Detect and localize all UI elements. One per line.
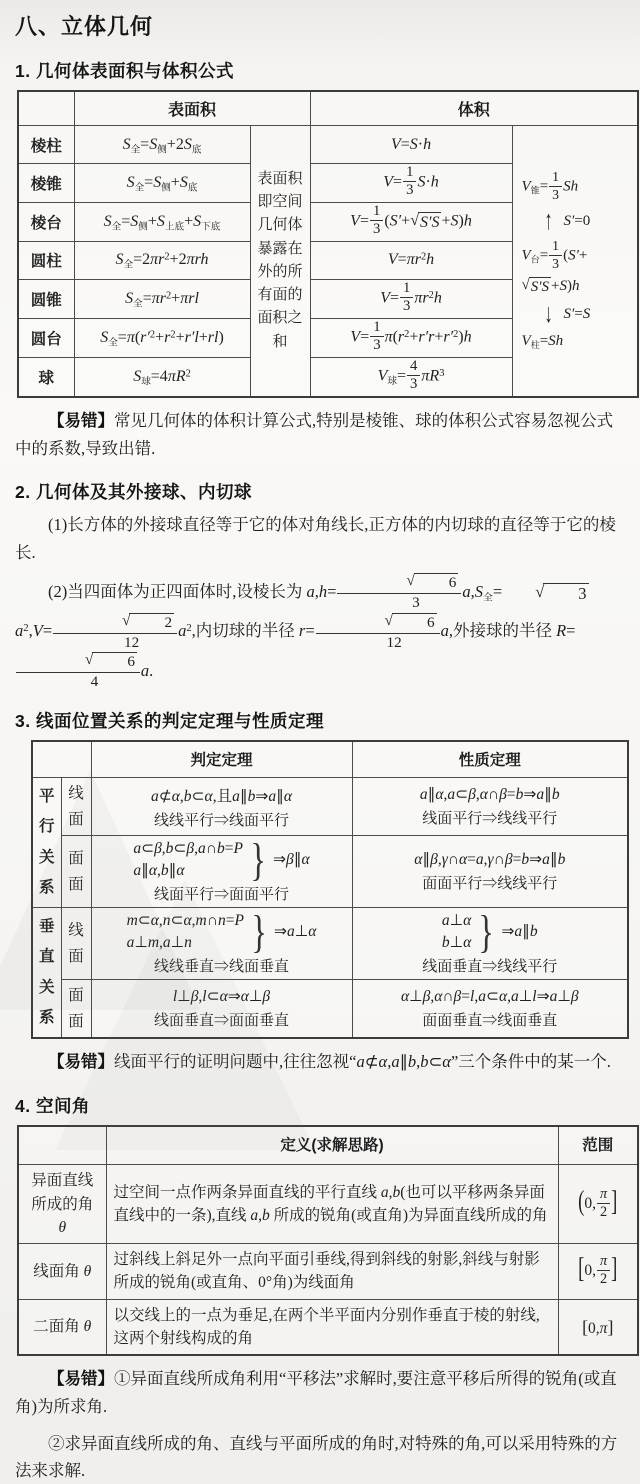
line-plane-theorem-table: 判定定理 性质定理 平行关系 线面 a⊄α,b⊂α,且a∥b⇒a∥α 线线平行⇒…: [31, 740, 629, 1039]
table-row: 棱柱 S全=S侧+2S底 表面积即空间几何体暴露在外的所有面的面积之和 V=S·…: [18, 126, 638, 164]
error-note-2: 【易错】线面平行的证明问题中,往往忽视“a⊄α,a∥b,b⊂α”三个条件中的某一…: [15, 1048, 625, 1076]
paragraph-spheres-1: (1)长方体的外接球直径等于它的体对角线长,正方体的内切球的直径等于它的棱长.: [15, 511, 625, 567]
judgment-cell: l⊥β,l⊂α⇒α⊥β 线面垂直⇒面面垂直: [91, 980, 352, 1039]
table-row: 垂直关系 线面 m⊂α,n⊂α,m∩n=P a⊥m,a⊥n } ⇒a⊥α 线线垂…: [32, 908, 628, 980]
property-header: 性质定理: [352, 741, 628, 778]
solid-name: 棱锥: [18, 164, 74, 203]
surface-formula: S全=πr2+πrl: [74, 279, 250, 318]
theorem-caption: 线线平行⇒线面平行: [94, 809, 350, 830]
volume-formula: V=13S·h: [310, 164, 512, 203]
space-angle-table: 定义(求解思路) 范围 异面直线 所成的角 θ 过空间一点作两条异面直线的平行直…: [17, 1125, 639, 1356]
table-header-row: 表面积 体积: [18, 91, 638, 126]
solid-name: 圆柱: [18, 241, 74, 279]
cone-volume: V锥=13Sh: [522, 171, 636, 203]
brace-group: a⊥α b⊥α } ⇒a∥b: [355, 911, 626, 952]
close-bracket: ]: [611, 1180, 617, 1223]
angle-range: (0,π2]: [558, 1165, 638, 1244]
property-cell: a⊥α b⊥α } ⇒a∥b 线面垂直⇒线线平行: [352, 908, 628, 980]
theorem-formula: a⊥m,a⊥n: [127, 933, 192, 952]
up-condition: S′=0: [564, 213, 591, 230]
frustum-volume-line1: V台=13(S′+: [522, 240, 636, 272]
solid-name: 棱台: [18, 202, 74, 241]
property-cell: α⊥β,α∩β=l,a⊂α,a⊥l⇒a⊥β 面面垂直⇒线面垂直: [352, 980, 628, 1039]
conclusion: ⇒a∥b: [501, 922, 537, 941]
theorem-formula: a⊂β,b⊂β,a∩b=P: [133, 839, 243, 858]
section-1-heading: 1. 几何体表面积与体积公式: [0, 58, 640, 83]
angle-definition: 过斜线上斜足外一点向平面引垂线,得到斜线的射影,斜线与射影所成的锐角(或直角、0…: [106, 1244, 558, 1300]
section-4-heading: 4. 空间角: [0, 1093, 640, 1118]
open-bracket: (: [578, 1180, 584, 1223]
judgment-cell: a⊄α,b⊂α,且a∥b⇒a∥α 线线平行⇒线面平行: [91, 777, 352, 835]
table-row: 面面 a⊂β,b⊂β,a∩b=P a∥α,b∥α } ⇒β∥α 线面平行⇒面面平…: [32, 836, 628, 908]
group-parallel-label: 平行关系: [32, 777, 61, 907]
error-prone-label: 【易错】: [48, 412, 114, 430]
sub-label: 线面: [61, 777, 91, 835]
volume-formula: V=πr2h: [310, 241, 512, 279]
surface-note-cell: 表面积即空间几何体暴露在外的所有面的面积之和: [250, 126, 310, 397]
surface-formula: S球=4πR2: [74, 357, 250, 396]
surface-formula: S全=S侧+S底: [74, 164, 250, 203]
sub-label: 线面: [61, 908, 91, 980]
theorem-caption: 面面垂直⇒线面垂直: [355, 1009, 626, 1030]
corner-cell: [18, 1126, 106, 1165]
theorem-formula: a∥α,b∥α: [133, 861, 184, 880]
solid-name: 棱柱: [18, 126, 74, 164]
table-row: 线面角 θ 过斜线上斜足外一点向平面引垂线,得到斜线的射影,斜线与射影所成的锐角…: [18, 1244, 638, 1300]
note-text: 线面平行的证明问题中,往往忽视“a⊄α,a∥b,b⊂α”三个条件中的某一个.: [114, 1052, 611, 1071]
limit-down: ↓S′=S: [545, 301, 636, 328]
section-2-heading: 2. 几何体及其外接球、内切球: [0, 479, 640, 504]
group-perpendicular-label: 垂直关系: [32, 908, 61, 1039]
range-header: 范围: [558, 1126, 638, 1165]
judgment-header: 判定定理: [91, 741, 352, 778]
volume-header: 体积: [310, 91, 638, 126]
theorem-caption: 面面平行⇒线线平行: [355, 872, 626, 893]
down-condition: S′=S: [564, 306, 591, 323]
angle-range: [0,π]: [558, 1299, 638, 1355]
paragraph-tetrahedron: (2)当四面体为正四面体时,设棱长为 a,h=√63a,S全=√3a2,V=√2…: [15, 573, 625, 691]
corner-cell: [18, 91, 74, 126]
theorem-formula: α∥β,γ∩α=a,γ∩β=b⇒a∥b: [355, 850, 626, 869]
conclusion: ⇒a⊥α: [274, 922, 316, 941]
theorem-formula: a⊥α: [442, 911, 471, 930]
theorem-caption: 线线垂直⇒线面垂直: [94, 955, 350, 976]
table-row: 二面角 θ 以交线上的一点为垂足,在两个半平面内分别作垂直于棱的射线,这两个射线…: [18, 1299, 638, 1355]
surface-formula: S全=S侧+S上底+S下底: [74, 202, 250, 241]
surface-formula: S全=S侧+2S底: [74, 126, 250, 164]
close-bracket: ]: [607, 1314, 613, 1341]
corner-cell: [32, 741, 91, 778]
sub-label: 面面: [61, 980, 91, 1039]
volume-formula: V球=43πR3: [310, 357, 512, 396]
surface-formula: S全=π(r′2+r2+r′l+rl): [74, 318, 250, 357]
error-prone-label: 【易错】: [48, 1053, 114, 1071]
property-cell: a∥α,a⊂β,α∩β=b⇒a∥b 线面平行⇒线线平行: [352, 777, 628, 835]
theorem-caption: 线面平行⇒面面平行: [94, 883, 350, 904]
limit-up: ↑S′=0: [545, 208, 636, 235]
error-note-3-item2: ②求异面直线所成的角、直线与平面所成的角时,对特殊的角,可以采用特殊的方法来求解…: [15, 1430, 625, 1484]
volume-formula: V=S·h: [310, 126, 512, 164]
theorem-formula: a∥α,a⊂β,α∩β=b⇒a∥b: [355, 785, 626, 804]
table-row: 面面 l⊥β,l⊂α⇒α⊥β 线面垂直⇒面面垂直 α⊥β,α∩β=l,a⊂α,a…: [32, 980, 628, 1039]
solid-name: 圆锥: [18, 279, 74, 318]
sub-label: 面面: [61, 836, 91, 908]
open-bracket: [: [578, 1247, 584, 1290]
brace-group: m⊂α,n⊂α,m∩n=P a⊥m,a⊥n } ⇒a⊥α: [94, 911, 350, 952]
brace-glyph: }: [479, 912, 494, 951]
theorem-formula: m⊂α,n⊂α,m∩n=P: [127, 911, 244, 930]
volume-relation-cell: V锥=13Sh ↑S′=0 V台=13(S′+ √S′S+S)h ↓S′=S V…: [512, 126, 638, 397]
document-page: 八、立体几何 1. 几何体表面积与体积公式 表面积 体积 棱柱 S全=S侧+2S…: [0, 0, 640, 1484]
theorem-caption: 线面平行⇒线线平行: [355, 807, 626, 828]
angle-type-label: 二面角 θ: [18, 1299, 106, 1355]
section-3-heading: 3. 线面位置关系的判定定理与性质定理: [0, 708, 640, 733]
angle-type-label: 异面直线 所成的角 θ: [18, 1165, 106, 1244]
error-note-3: 【易错】①异面直线所成角利用“平移法”求解时,要注意平移后所得的锐角(或直角)为…: [15, 1365, 625, 1420]
surface-header: 表面积: [74, 91, 310, 126]
theorem-formula: α⊥β,α∩β=l,a⊂α,a⊥l⇒a⊥β: [355, 987, 626, 1006]
frustum-volume-line2: √S′S+S)h: [522, 277, 636, 296]
error-note-1: 【易错】常见几何体的体积计算公式,特别是棱锥、球的体积公式容易忽视公式中的系数,…: [15, 407, 625, 462]
property-cell: α∥β,γ∩α=a,γ∩β=b⇒a∥b 面面平行⇒线线平行: [352, 836, 628, 908]
cylinder-volume: V柱=Sh: [522, 333, 636, 350]
page-title: 八、立体几何: [0, 0, 640, 41]
solid-name: 球: [18, 357, 74, 396]
brace-glyph: }: [250, 840, 265, 879]
judgment-cell: a⊂β,b⊂β,a∩b=P a∥α,b∥α } ⇒β∥α 线面平行⇒面面平行: [91, 836, 352, 908]
up-arrow-icon: ↑: [545, 208, 553, 235]
volume-formula: V=13π(r2+r′r+r′2)h: [310, 318, 512, 357]
angle-definition: 以交线上的一点为垂足,在两个半平面内分别作垂直于棱的射线,这两个射线构成的角: [106, 1299, 558, 1355]
angle-type-label: 线面角 θ: [18, 1244, 106, 1300]
definition-header: 定义(求解思路): [106, 1126, 558, 1165]
volume-formula: V=13πr2h: [310, 279, 512, 318]
angle-range: [0,π2]: [558, 1244, 638, 1300]
table-row: 平行关系 线面 a⊄α,b⊂α,且a∥b⇒a∥α 线线平行⇒线面平行 a∥α,a…: [32, 777, 628, 835]
note-text: ②求异面直线所成的角、直线与平面所成的角时,对特殊的角,可以采用特殊的方法来求解…: [15, 1434, 617, 1480]
surface-formula: S全=2πr2+2πrh: [74, 241, 250, 279]
conclusion: ⇒β∥α: [273, 850, 310, 869]
solid-name: 圆台: [18, 318, 74, 357]
down-arrow-icon: ↓: [545, 301, 553, 328]
brace-group: a⊂β,b⊂β,a∩b=P a∥α,b∥α } ⇒β∥α: [94, 839, 350, 880]
theorem-formula: l⊥β,l⊂α⇒α⊥β: [94, 987, 350, 1006]
theorem-caption: 线面垂直⇒面面垂直: [94, 1009, 350, 1030]
volume-formula: V=13(S′+√S′S+S)h: [310, 202, 512, 241]
judgment-cell: m⊂α,n⊂α,m∩n=P a⊥m,a⊥n } ⇒a⊥α 线线垂直⇒线面垂直: [91, 908, 352, 980]
theorem-formula: a⊄α,b⊂α,且a∥b⇒a∥α: [94, 784, 350, 806]
table-row: 异面直线 所成的角 θ 过空间一点作两条异面直线的平行直线 a,b(也可以平移两…: [18, 1165, 638, 1244]
surface-volume-table: 表面积 体积 棱柱 S全=S侧+2S底 表面积即空间几何体暴露在外的所有面的面积…: [17, 90, 639, 398]
brace-glyph: }: [251, 912, 266, 951]
theorem-formula: b⊥α: [442, 933, 471, 952]
close-bracket: ]: [611, 1247, 617, 1290]
table-header-row: 判定定理 性质定理: [32, 741, 628, 778]
table-header-row: 定义(求解思路) 范围: [18, 1126, 638, 1165]
angle-definition: 过空间一点作两条异面直线的平行直线 a,b(也可以平移两条异面直线中的一条),直…: [106, 1165, 558, 1244]
theorem-caption: 线面垂直⇒线线平行: [355, 955, 626, 976]
error-prone-label: 【易错】: [48, 1370, 114, 1388]
